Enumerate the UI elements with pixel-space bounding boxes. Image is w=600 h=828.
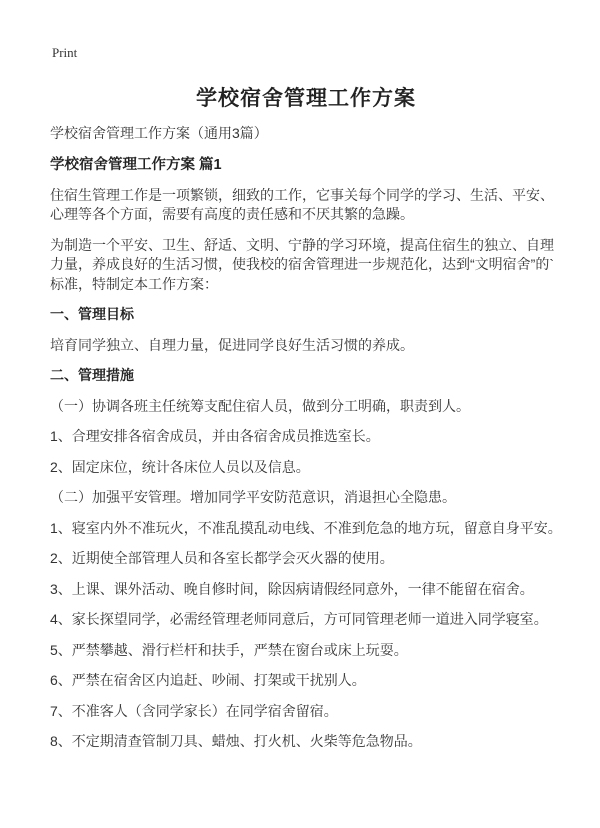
paragraph: （二）加强平安管理。增加同学平安防范意识，消退担心全隐患。	[50, 488, 562, 508]
paragraph: （一）协调各班主任统筹支配住宿人员，做到分工明确，职责到人。	[50, 397, 562, 417]
article-heading: 学校宿舍管理工作方案 篇1	[50, 155, 562, 175]
paragraph: 2、近期使全部管理人员和各室长都学会灭火器的使用。	[50, 549, 562, 569]
paragraph: 4、家长探望同学，必需经管理老师同意后，方可同管理老师一道进入同学寝室。	[50, 610, 562, 630]
paragraph: 8、不定期清查管制刀具、蜡烛、打火机、火柴等危急物品。	[50, 732, 562, 752]
print-row: Print	[50, 44, 562, 86]
paragraph: 7、不准客人（含同学家长）在同学宿舍留宿。	[50, 702, 562, 722]
paragraph: 2、固定床位，统计各床位人员以及信息。	[50, 458, 562, 478]
paragraph: 5、严禁攀越、滑行栏杆和扶手，严禁在窗台或床上玩耍。	[50, 641, 562, 661]
paragraph: 3、上课、课外活动、晚自修时间，除因病请假经同意外，一律不能留在宿舍。	[50, 580, 562, 600]
paragraph: 培育同学独立、自理力量，促进同学良好生活习惯的养成。	[50, 336, 562, 356]
paragraph: 1、合理安排各宿舍成员，并由各宿舍成员推选室长。	[50, 427, 562, 447]
paragraph: 1、寝室内外不准玩火，不准乱摸乱动电线、不准到危急的地方玩，留意自身平安。	[50, 519, 562, 539]
section-heading: 一、管理目标	[50, 305, 562, 325]
paragraph: 6、严禁在宿舍区内追赶、吵闹、打架或干扰别人。	[50, 671, 562, 691]
document-title: 学校宿舍管理工作方案	[50, 86, 562, 112]
section-heading: 二、管理措施	[50, 366, 562, 386]
document-page: Print 学校宿舍管理工作方案 学校宿舍管理工作方案（通用3篇） 学校宿舍管理…	[0, 0, 600, 828]
print-link[interactable]: Print	[52, 45, 77, 61]
paragraph: 住宿生管理工作是一项繁锁，细致的工作，它事关每个同学的学习、生活、平安、心理等各…	[50, 186, 562, 225]
paragraph: 为制造一个平安、卫生、舒适、文明、宁静的学习环境，提高住宿生的独立、自理力量，养…	[50, 236, 562, 295]
article-body: 住宿生管理工作是一项繁锁，细致的工作，它事关每个同学的学习、生活、平安、心理等各…	[50, 186, 562, 752]
document-subtitle: 学校宿舍管理工作方案（通用3篇）	[50, 124, 562, 144]
